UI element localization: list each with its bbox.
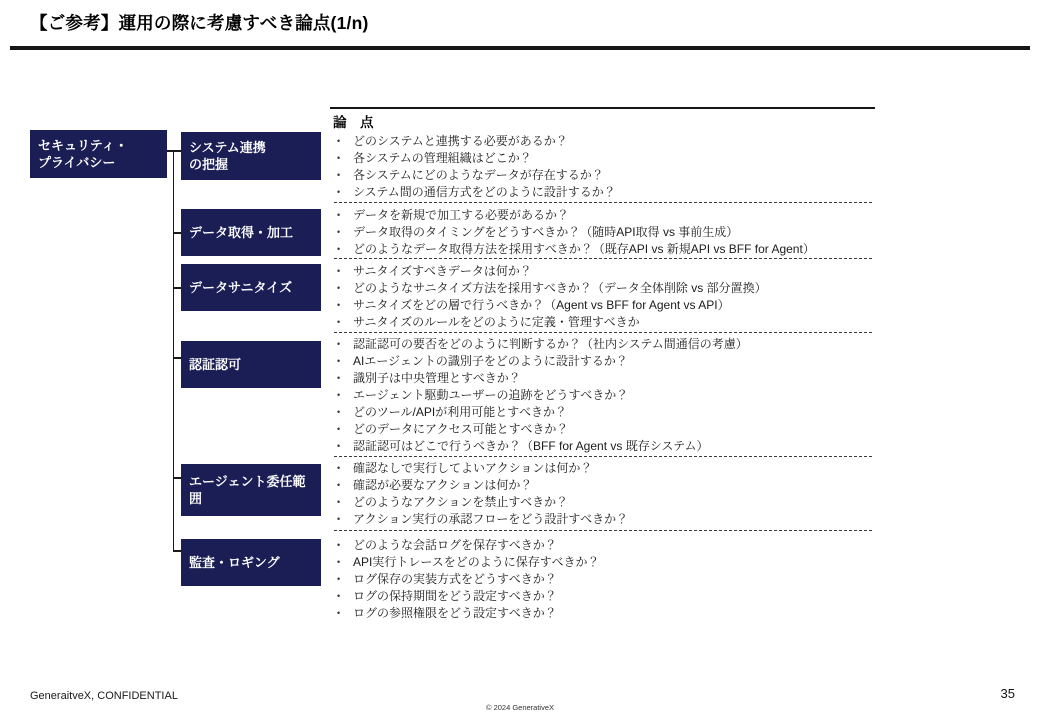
- bullet-dot-icon: •: [337, 404, 340, 421]
- bullet-item: •どのデータにアクセス可能とすべきか？: [333, 421, 878, 438]
- topic-box-agent-delegation: エージェント委任範囲: [181, 464, 321, 516]
- bullet-dot-icon: •: [337, 438, 340, 455]
- bullet-item: •AIエージェントの識別子をどのように設計するか？: [333, 353, 878, 370]
- bullet-dot-icon: •: [337, 571, 340, 588]
- bullet-text: アクション実行の承認フローをどう設計すべきか？: [353, 512, 628, 526]
- bullet-item: •どのツール/APIが利用可能とすべきか？: [333, 404, 878, 421]
- bullet-list: •サニタイズすべきデータは何か？•どのようなサニタイズ方法を採用すべきか？（デー…: [333, 263, 878, 331]
- slide: 【ご参考】運用の際に考慮すべき論点(1/n) セキュリティ・ プライバシー 論 …: [0, 0, 1040, 720]
- bullet-item: •どのようなデータ取得方法を採用すべきか？（既存API vs 新規API vs …: [333, 241, 878, 258]
- connector-tick: [173, 357, 181, 359]
- connector-root-line: [167, 150, 181, 152]
- topic-label: 認証認可: [189, 356, 241, 373]
- bullet-item: •ログの保持期間をどう設定すべきか？: [333, 588, 878, 605]
- dashed-separator: [334, 530, 872, 531]
- topics-header-rule: [330, 107, 875, 109]
- bullet-text: サニタイズをどの層で行うべきか？（Agent vs BFF for Agent …: [353, 298, 730, 312]
- connector-trunk: [173, 150, 175, 551]
- bullet-item: •各システムの管理組織はどこか？: [333, 150, 878, 167]
- connector-tick: [173, 550, 181, 552]
- bullet-dot-icon: •: [337, 370, 340, 387]
- bullet-text: データを新規で加工する必要があるか？: [353, 208, 569, 222]
- dashed-separator: [334, 332, 872, 333]
- bullet-dot-icon: •: [337, 353, 340, 370]
- bullet-list: •認証認可の要否をどのように判断するか？（社内システム間通信の考慮）•AIエージ…: [333, 336, 878, 455]
- bullet-list: •どのような会話ログを保存すべきか？•API実行トレースをどのように保存すべきか…: [333, 537, 878, 622]
- topic-box-system-integration: システム連携 の把握: [181, 132, 321, 180]
- bullet-item: •確認なしで実行してよいアクションは何か？: [333, 460, 878, 477]
- bullet-text: 各システムにどのようなデータが存在するか？: [353, 168, 604, 182]
- bullet-text: エージェント駆動ユーザーの追跡をどうすべきか？: [353, 388, 628, 402]
- footer-confidential: GeneraitveX, CONFIDENTIAL: [30, 690, 178, 702]
- topic-label: データサニタイズ: [189, 279, 292, 296]
- bullet-item: •どのようなアクションを禁止すべきか？: [333, 494, 878, 511]
- page-number: 35: [1001, 686, 1015, 701]
- bullet-text: サニタイズすべきデータは何か？: [353, 264, 532, 278]
- bullet-dot-icon: •: [337, 184, 340, 201]
- bullet-dot-icon: •: [337, 224, 340, 241]
- bullet-list: •どのシステムと連携する必要があるか？•各システムの管理組織はどこか？•各システ…: [333, 133, 878, 201]
- bullet-dot-icon: •: [337, 133, 340, 150]
- bullet-dot-icon: •: [337, 150, 340, 167]
- bullet-text: どのようなデータ取得方法を採用すべきか？（既存API vs 新規API vs B…: [353, 242, 815, 256]
- bullet-dot-icon: •: [337, 511, 340, 528]
- bullet-text: どのような会話ログを保存すべきか？: [353, 538, 557, 552]
- bullet-dot-icon: •: [337, 494, 340, 511]
- bullet-item: •アクション実行の承認フローをどう設計すべきか？: [333, 511, 878, 528]
- bullet-item: •認証認可の要否をどのように判断するか？（社内システム間通信の考慮）: [333, 336, 878, 353]
- bullet-item: •認証認可はどこで行うべきか？（BFF for Agent vs 既存システム）: [333, 438, 878, 455]
- bullet-text: どのツール/APIが利用可能とすべきか？: [353, 405, 567, 419]
- connector-tick: [173, 232, 181, 234]
- bullet-text: データ取得のタイミングをどうすべきか？（随時API取得 vs 事前生成）: [353, 225, 738, 239]
- bullet-item: •エージェント駆動ユーザーの追跡をどうすべきか？: [333, 387, 878, 404]
- page-title: 【ご参考】運用の際に考慮すべき論点(1/n): [30, 10, 369, 35]
- bullet-dot-icon: •: [337, 477, 340, 494]
- bullet-text: サニタイズのルールをどのように定義・管理すべきか: [353, 315, 640, 329]
- bullet-dot-icon: •: [337, 537, 340, 554]
- bullet-dot-icon: •: [337, 554, 340, 571]
- bullet-dot-icon: •: [337, 460, 340, 477]
- bullet-item: •システム間の通信方式をどのように設計するか？: [333, 184, 878, 201]
- bullet-list: •データを新規で加工する必要があるか？•データ取得のタイミングをどうすべきか？（…: [333, 207, 878, 258]
- bullet-item: •データ取得のタイミングをどうすべきか？（随時API取得 vs 事前生成）: [333, 224, 878, 241]
- topic-box-data-sanitize: データサニタイズ: [181, 264, 321, 311]
- bullet-dot-icon: •: [337, 421, 340, 438]
- bullet-text: 認証認可はどこで行うべきか？（BFF for Agent vs 既存システム）: [353, 439, 709, 453]
- root-category-box: セキュリティ・ プライバシー: [30, 130, 167, 178]
- connector-tick: [173, 287, 181, 289]
- dashed-separator: [334, 202, 872, 203]
- topic-label: システム連携 の把握: [189, 139, 266, 173]
- bullet-text: どのシステムと連携する必要があるか？: [353, 134, 568, 148]
- bullet-text: API実行トレースをどのように保存すべきか？: [353, 555, 600, 569]
- bullet-text: ログの参照権限をどう設定すべきか？: [353, 606, 557, 620]
- bullet-text: ログの保持期間をどう設定すべきか？: [353, 589, 557, 603]
- bullet-dot-icon: •: [337, 207, 340, 224]
- bullet-text: どのデータにアクセス可能とすべきか？: [353, 422, 568, 436]
- bullet-item: •ログの参照権限をどう設定すべきか？: [333, 605, 878, 622]
- bullet-item: •どのような会話ログを保存すべきか？: [333, 537, 878, 554]
- bullet-dot-icon: •: [337, 336, 340, 353]
- topic-label: データ取得・加工: [189, 224, 293, 241]
- bullet-text: AIエージェントの識別子をどのように設計するか？: [353, 354, 628, 368]
- bullet-dot-icon: •: [337, 241, 340, 258]
- bullet-text: どのようなアクションを禁止すべきか？: [353, 495, 568, 509]
- title-rule: [10, 46, 1030, 50]
- bullet-dot-icon: •: [337, 314, 340, 331]
- bullet-text: 各システムの管理組織はどこか？: [353, 151, 532, 165]
- connector-tick: [173, 477, 181, 479]
- bullet-item: •サニタイズのルールをどのように定義・管理すべきか: [333, 314, 878, 331]
- bullet-text: ログ保存の実装方式をどうすべきか？: [353, 572, 557, 586]
- bullet-dot-icon: •: [337, 297, 340, 314]
- bullet-text: 確認なしで実行してよいアクションは何か？: [353, 461, 592, 475]
- root-category-label: セキュリティ・ プライバシー: [38, 137, 128, 171]
- topic-box-audit-logging: 監査・ロギング: [181, 539, 321, 586]
- bullet-dot-icon: •: [337, 167, 340, 184]
- footer-copyright: © 2024 GenerativeX: [0, 703, 1040, 712]
- bullet-dot-icon: •: [337, 605, 340, 622]
- bullet-dot-icon: •: [337, 263, 340, 280]
- dashed-separator: [334, 456, 872, 457]
- topic-box-authn-authz: 認証認可: [181, 341, 321, 388]
- bullet-item: •どのシステムと連携する必要があるか？: [333, 133, 878, 150]
- topic-box-data-acquisition: データ取得・加工: [181, 209, 321, 256]
- bullet-item: •データを新規で加工する必要があるか？: [333, 207, 878, 224]
- bullet-item: •どのようなサニタイズ方法を採用すべきか？（データ全体削除 vs 部分置換）: [333, 280, 878, 297]
- topic-label: エージェント委任範囲: [189, 473, 313, 507]
- bullet-item: •各システムにどのようなデータが存在するか？: [333, 167, 878, 184]
- bullet-text: どのようなサニタイズ方法を採用すべきか？（データ全体削除 vs 部分置換）: [353, 281, 767, 295]
- bullet-dot-icon: •: [337, 280, 340, 297]
- bullet-text: 確認が必要なアクションは何か？: [353, 478, 532, 492]
- bullet-item: •サニタイズをどの層で行うべきか？（Agent vs BFF for Agent…: [333, 297, 878, 314]
- bullet-text: システム間の通信方式をどのように設計するか？: [353, 185, 616, 199]
- bullet-text: 認証認可の要否をどのように判断するか？（社内システム間通信の考慮）: [353, 337, 748, 351]
- dashed-separator: [334, 258, 872, 259]
- topics-header: 論 点: [333, 111, 374, 131]
- bullet-list: •確認なしで実行してよいアクションは何か？•確認が必要なアクションは何か？•どの…: [333, 460, 878, 528]
- bullet-dot-icon: •: [337, 588, 340, 605]
- bullet-dot-icon: •: [337, 387, 340, 404]
- bullet-item: •API実行トレースをどのように保存すべきか？: [333, 554, 878, 571]
- bullet-item: •確認が必要なアクションは何か？: [333, 477, 878, 494]
- bullet-item: •サニタイズすべきデータは何か？: [333, 263, 878, 280]
- bullet-item: •識別子は中央管理とすべきか？: [333, 370, 878, 387]
- bullet-item: •ログ保存の実装方式をどうすべきか？: [333, 571, 878, 588]
- topic-label: 監査・ロギング: [189, 554, 280, 571]
- bullet-text: 識別子は中央管理とすべきか？: [353, 371, 521, 385]
